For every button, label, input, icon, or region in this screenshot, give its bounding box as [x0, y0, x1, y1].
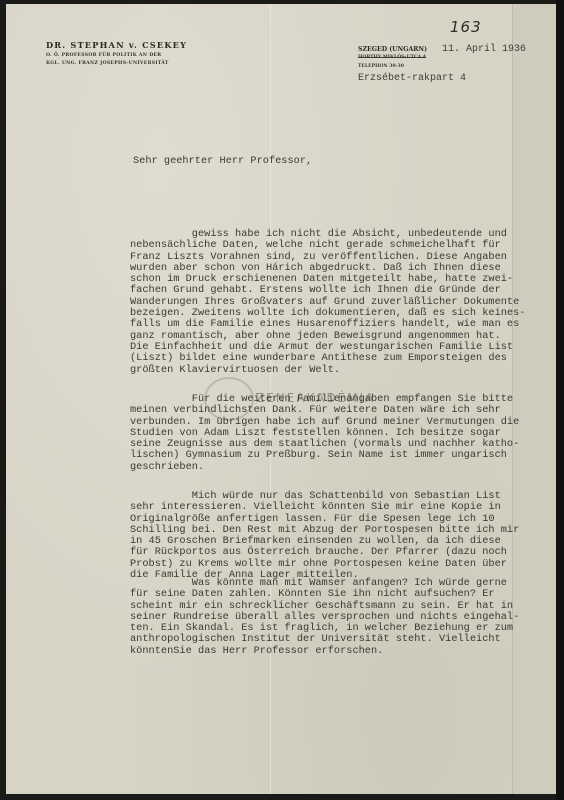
letterhead-title: O. Ö. PROFESSOR FÜR POLITIK AN DER — [46, 53, 161, 58]
letterhead-name: DR. STEPHAN v. CSEKEY — [46, 40, 187, 50]
letterhead-city: SZEGED (UNGARN) — [358, 46, 427, 53]
body-paragraph-4: Was könnte man mit Wamser anfangen? Ich … — [130, 578, 519, 657]
body-paragraph-1: gewiss habe ich nicht die Absicht, unbed… — [130, 229, 525, 376]
body-paragraph-3: Mich würde nur das Schattenbild von Seba… — [130, 491, 519, 581]
body-paragraph-2: Für die weiteren Familienangaben empfang… — [130, 394, 519, 473]
struck-address: HORTHY MIKLÓS-UTCA 4 — [358, 55, 426, 60]
letter-date: 11. April 1936 — [442, 44, 526, 55]
letterhead-telephone: TELEPHON 30-30 — [358, 64, 404, 69]
new-address: Erzsébet-rakpart 4 — [358, 73, 466, 84]
salutation: Sehr geehrter Herr Professor, — [133, 156, 312, 167]
scan-edge — [556, 0, 564, 800]
letterhead-university: KGL. UNG. FRANZ JOSEPHS-UNIVERSITÄT — [46, 61, 169, 66]
archive-number: 163 — [450, 18, 482, 36]
